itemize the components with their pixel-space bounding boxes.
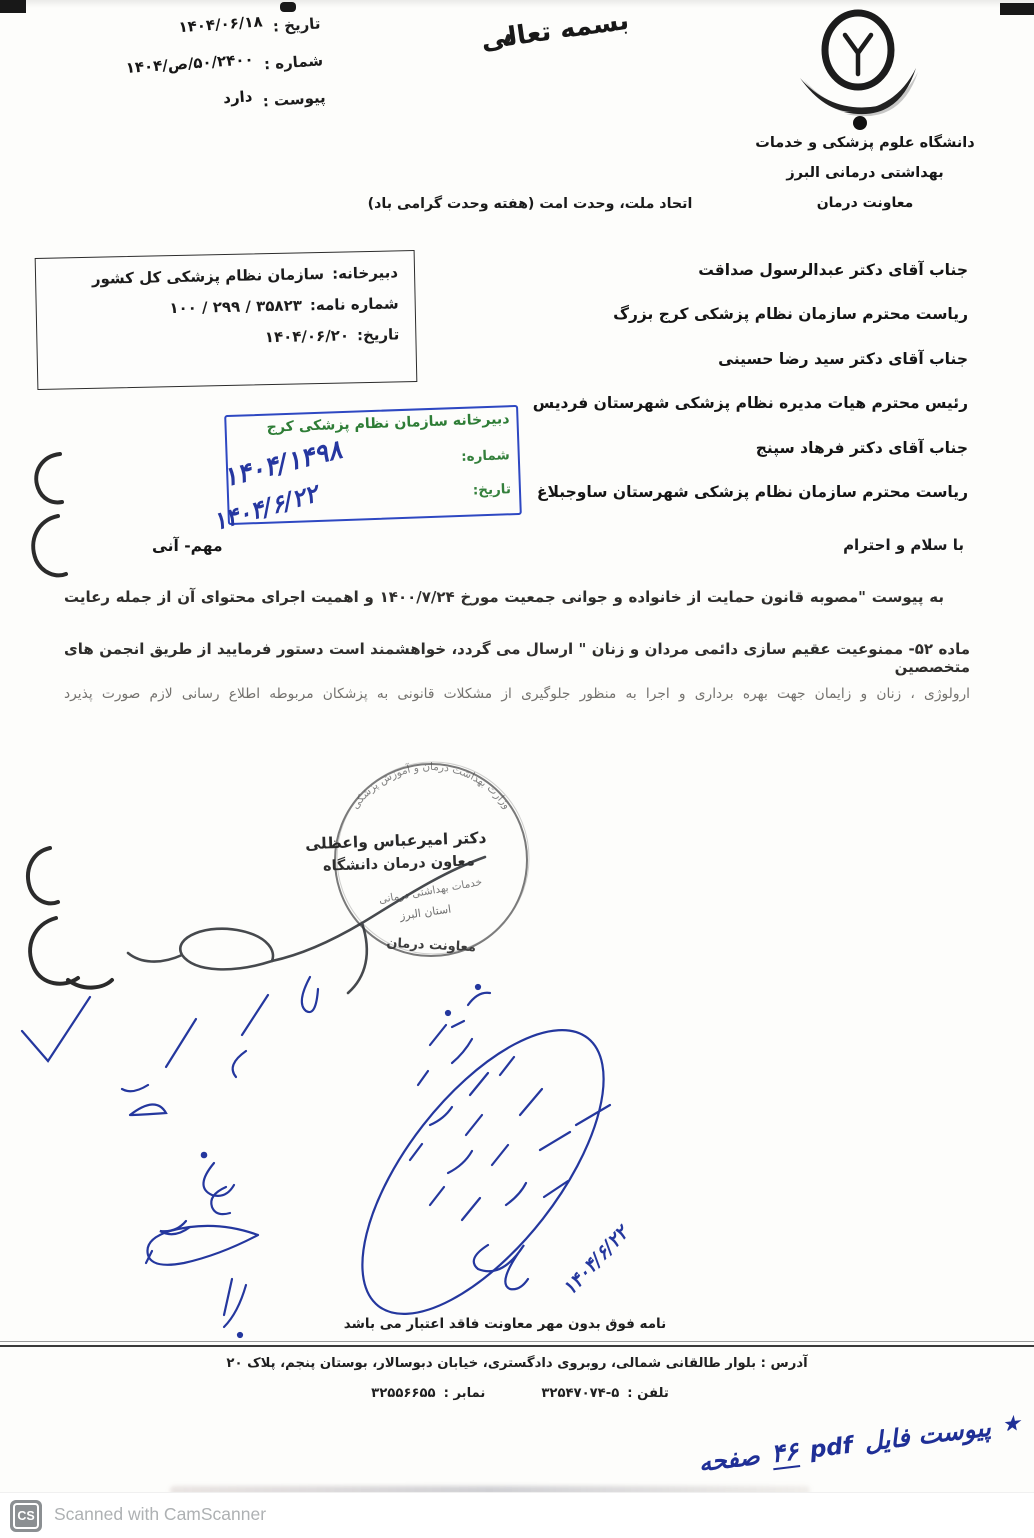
university-name-line3: معاونت درمان bbox=[740, 188, 990, 218]
scanned-letter-page: بسمه تعالی دانشگاه علوم پزشکی و خدمات به… bbox=[0, 0, 1034, 1538]
recipient-line: ریاست محترم سازمان نظام پزشکی کرج بزرگ bbox=[533, 292, 968, 336]
handwriting-oval bbox=[318, 991, 647, 1353]
registry-date-value: ۱۴۰۴/۰۶/۲۰ bbox=[265, 326, 350, 346]
scan-corner-mark-right bbox=[1000, 3, 1034, 15]
registry-number-row: شماره نامه: ۱۰۰ / ۲۹۹ / ۳۵۸۲۳ bbox=[37, 294, 415, 320]
footer-phone-value: ۳۲۵۴۷۰۷۴-۵ bbox=[541, 1386, 619, 1401]
meta-date-label: تاریخ : bbox=[272, 14, 321, 35]
slogan-line: اتحاد ملت، وحدت امت (هفته وحدت گرامی باد… bbox=[320, 196, 740, 212]
meta-number-label: شماره : bbox=[263, 51, 323, 73]
body-line-1: به پیوست "مصوبه قانون حمایت از خانواده و… bbox=[64, 588, 970, 606]
check-mark bbox=[22, 997, 90, 1061]
footer-phone-group: تلفن : ۳۲۵۴۷۰۷۴-۵ bbox=[541, 1386, 668, 1401]
recipient-line: جناب آقای دکتر فرهاد سپنج bbox=[533, 426, 968, 470]
registry-number-label: شماره نامه: bbox=[310, 294, 399, 314]
meta-attachment-label: پیوست : bbox=[262, 88, 326, 110]
stamp-ring-text: وزارت بهداشت درمان و آموزش پزشکی bbox=[349, 761, 513, 811]
registry-org-row: دبیرخانه: سازمان نظام پزشکی کل کشور bbox=[36, 263, 414, 289]
note-pdf-word: pdf bbox=[808, 1433, 854, 1464]
camscanner-icon: CS bbox=[10, 1500, 42, 1532]
karaj-stamp-number-handwritten: ۱۴۰۴/۱۴۹۸ bbox=[220, 435, 345, 493]
handwritten-oval-date: ۱۴۰۴/۶/۲۲ bbox=[558, 1220, 634, 1299]
scan-corner-mark bbox=[0, 0, 26, 13]
recipient-line: جناب آقای دکتر سید رضا حسینی bbox=[533, 337, 968, 381]
recipient-line: رئیس محترم هیات مدیره نظام پزشکی شهرستان… bbox=[533, 381, 968, 425]
karaj-stamp-date-label: تاریخ: bbox=[473, 481, 512, 498]
recipient-line: ریاست محترم سازمان نظام پزشکی شهرستان سا… bbox=[533, 470, 968, 514]
greeting-line: با سلام و احترام bbox=[843, 536, 964, 554]
karaj-stamp-number-label: شماره: bbox=[461, 447, 510, 465]
handwritten-annotations: ۱۴۰۴/۶/۲۲ bbox=[0, 935, 1034, 1365]
logo-goblet bbox=[845, 35, 871, 74]
signature-scribble bbox=[474, 1245, 528, 1289]
note-text-2: صفحه bbox=[697, 1442, 761, 1477]
footer-separator-dark bbox=[0, 1345, 1034, 1347]
camscanner-label: Scanned with CamScanner bbox=[54, 1504, 266, 1525]
recipient-line: جناب آقای دکتر عبدالرسول صداقت bbox=[533, 248, 968, 292]
body-line-2: ماده ۵۲- ممنوعیت عقیم سازی دائمی مردان و… bbox=[64, 640, 970, 676]
registry-date-row: تاریخ: ۱۴۰۴/۰۶/۲۰ bbox=[37, 325, 415, 351]
university-name-line1: دانشگاه علوم پزشکی و خدمات bbox=[740, 128, 990, 158]
meta-date-value: ۱۴۰۴/۰۶/۱۸ bbox=[178, 12, 263, 36]
registry-number-value: ۱۰۰ / ۲۹۹ / ۳۵۸۲۳ bbox=[169, 296, 302, 317]
note-star: ٭ bbox=[1000, 1405, 1021, 1442]
footer-address: آدرس : بلوار طالقانی شمالی، روبروی دادگس… bbox=[110, 1356, 924, 1371]
scan-spot-mark bbox=[280, 2, 296, 12]
karaj-stamp-title: دبیرخانه سازمان نظام پزشکی کرج bbox=[226, 407, 517, 437]
registry-stamp-box: دبیرخانه: سازمان نظام پزشکی کل کشور شمار… bbox=[35, 250, 418, 390]
footer-separator-light bbox=[0, 1341, 1034, 1342]
note-text-1: پیوست فایل bbox=[863, 1413, 993, 1457]
priority-tag: مهم- آنی bbox=[152, 537, 223, 555]
camscanner-bar: CS Scanned with CamScanner bbox=[0, 1492, 1034, 1538]
registry-org-value: سازمان نظام پزشکی کل کشور bbox=[92, 265, 325, 288]
validity-note: نامه فوق بدون مهر معاونت فاقد اعتبار می … bbox=[280, 1316, 730, 1332]
footer-phone-label: تلفن : bbox=[627, 1386, 669, 1401]
footer-fax-label: نمابر : bbox=[444, 1386, 486, 1401]
university-logo bbox=[792, 6, 932, 136]
university-name-line2: بهداشتی درمانی البرز bbox=[740, 158, 990, 188]
registry-date-label: تاریخ: bbox=[357, 325, 400, 344]
note-page-count: ۴۶ bbox=[769, 1436, 799, 1470]
body-line-3: ارولوژی ، زنان و زایمان جهت بهره برداری … bbox=[64, 686, 970, 702]
footer-fax-value: ۳۲۵۵۶۶۵۵ bbox=[371, 1386, 435, 1401]
meta-attachment-value: دارد bbox=[223, 87, 253, 107]
footer-contact-row: تلفن : ۳۲۵۴۷۰۷۴-۵ نمابر : ۳۲۵۵۶۶۵۵ bbox=[220, 1386, 820, 1401]
karaj-stamp-box: دبیرخانه سازمان نظام پزشکی کرج شماره: تا… bbox=[224, 405, 522, 525]
handwritten-attachment-note: ٭ پیوست فایل pdf ۴۶ صفحه bbox=[609, 1405, 1020, 1490]
registry-org-label: دبیرخانه: bbox=[332, 263, 398, 282]
camscanner-icon-letters: CS bbox=[13, 1503, 39, 1529]
footer-fax-group: نمابر : ۳۲۵۵۶۶۵۵ bbox=[371, 1386, 485, 1401]
recipient-block: جناب آقای دکتر عبدالرسول صداقت ریاست محت… bbox=[533, 248, 968, 514]
letterhead-university: دانشگاه علوم پزشکی و خدمات بهداشتی درمان… bbox=[740, 128, 990, 218]
besmellah-calligraphy: بسمه تعالی bbox=[449, 2, 661, 61]
letter-meta-block: تاریخ : ۱۴۰۴/۰۶/۱۸ شماره : ۱۴۰۴/ص/۵۰/۲۴۰… bbox=[40, 14, 327, 144]
